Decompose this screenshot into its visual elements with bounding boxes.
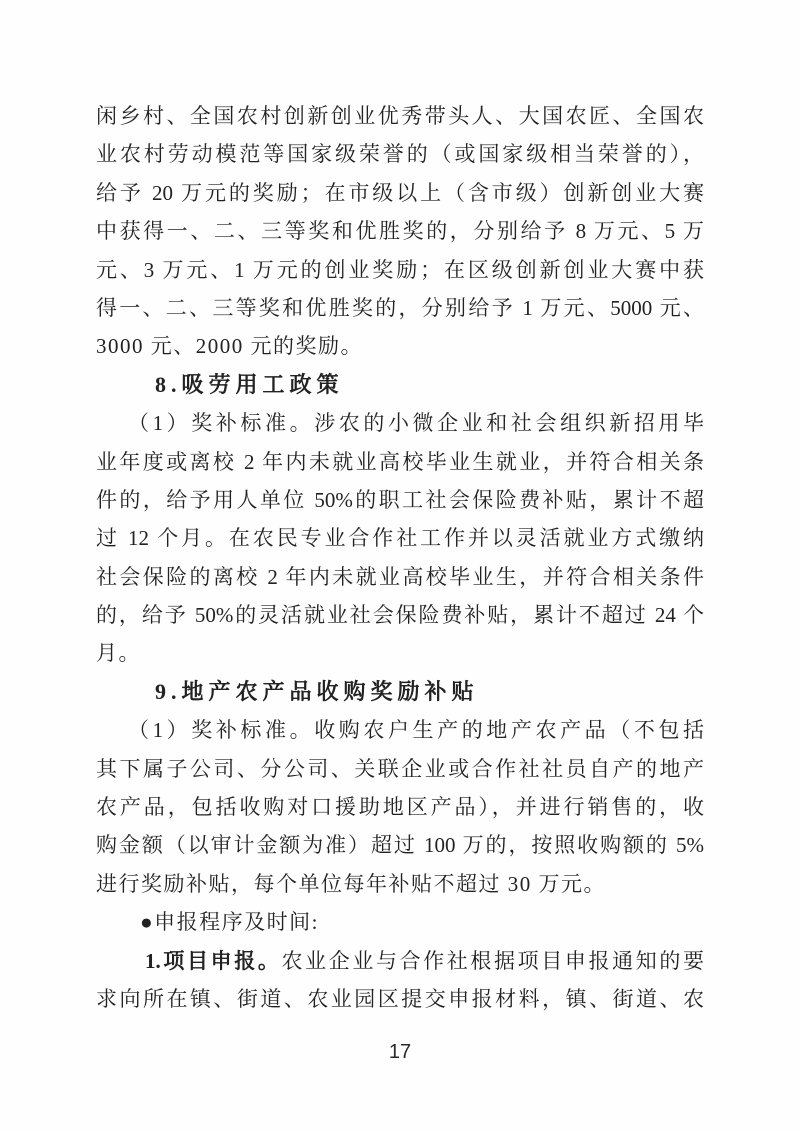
document-text-block: 闲乡村、全国农村创新创业优秀带头人、大国农匠、全国农 业农村劳动模范等国家级荣誉… (96, 97, 704, 1018)
paragraph-line: 闲乡村、全国农村创新创业优秀带头人、大国农匠、全国农 (96, 97, 704, 135)
paragraph-line: 的，给予 50%的灵活就业社会保险费补贴，累计不超过 24 个 (96, 596, 704, 634)
numbered-item-label: 1.项目申报。 (145, 949, 281, 973)
paragraph-line: 元、3 万元、1 万元的创业奖励；在区级创新创业大赛中获 (96, 251, 704, 289)
paragraph-line: 给予 20 万元的奖励；在市级以上（含市级）创新创业大赛 (96, 174, 704, 212)
section-heading-8: 8.吸劳用工政策 (96, 366, 704, 404)
page-number: 17 (0, 1038, 800, 1066)
paragraph-line: 得一、二、三等奖和优胜奖的，分别给予 1 万元、5000 元、 (96, 289, 704, 327)
paragraph-line: 业农村劳动模范等国家级荣誉的（或国家级相当荣誉的）， (96, 135, 704, 173)
document-page: 闲乡村、全国农村创新创业优秀带头人、大国农匠、全国农 业农村劳动模范等国家级荣誉… (0, 0, 800, 1131)
paragraph-line: （1）奖补标准。涉农的小微企业和社会组织新招用毕 (96, 404, 704, 442)
paragraph-line: 购金额（以审计金额为准）超过 100 万的，按照收购额的 5% (96, 826, 704, 864)
numbered-item-text: 农业企业与合作社根据项目申报通知的要 (281, 949, 704, 973)
paragraph-line: 过 12 个月。在农民专业合作社工作并以灵活就业方式缴纳 (96, 519, 704, 557)
section-heading-9: 9.地产农产品收购奖励补贴 (96, 673, 704, 711)
paragraph-line: 中获得一、二、三等奖和优胜奖的，分别给予 8 万元、5 万 (96, 212, 704, 250)
paragraph-line: 社会保险的离校 2 年内未就业高校毕业生，并符合相关条件 (96, 558, 704, 596)
paragraph-line: 件的，给予用人单位 50%的职工社会保险费补贴，累计不超 (96, 481, 704, 519)
paragraph-line: 业年度或离校 2 年内未就业高校毕业生就业，并符合相关条 (96, 443, 704, 481)
paragraph-line: 求向所在镇、街道、农业园区提交申报材料，镇、街道、农 (96, 980, 704, 1018)
paragraph-line: 月。 (96, 634, 704, 672)
paragraph-line: 农产品，包括收购对口援助地区产品），并进行销售的，收 (96, 788, 704, 826)
bullet-heading-line: ●申报程序及时间: (96, 903, 704, 941)
paragraph-line: （1）奖补标准。收购农户生产的地产农产品（不包括 (96, 711, 704, 749)
numbered-item-line: 1.项目申报。农业企业与合作社根据项目申报通知的要 (96, 942, 704, 980)
paragraph-line: 进行奖励补贴，每个单位每年补贴不超过 30 万元。 (96, 865, 704, 903)
paragraph-line: 3000 元、2000 元的奖励。 (96, 327, 704, 365)
paragraph-line: 其下属子公司、分公司、关联企业或合作社社员自产的地产 (96, 750, 704, 788)
